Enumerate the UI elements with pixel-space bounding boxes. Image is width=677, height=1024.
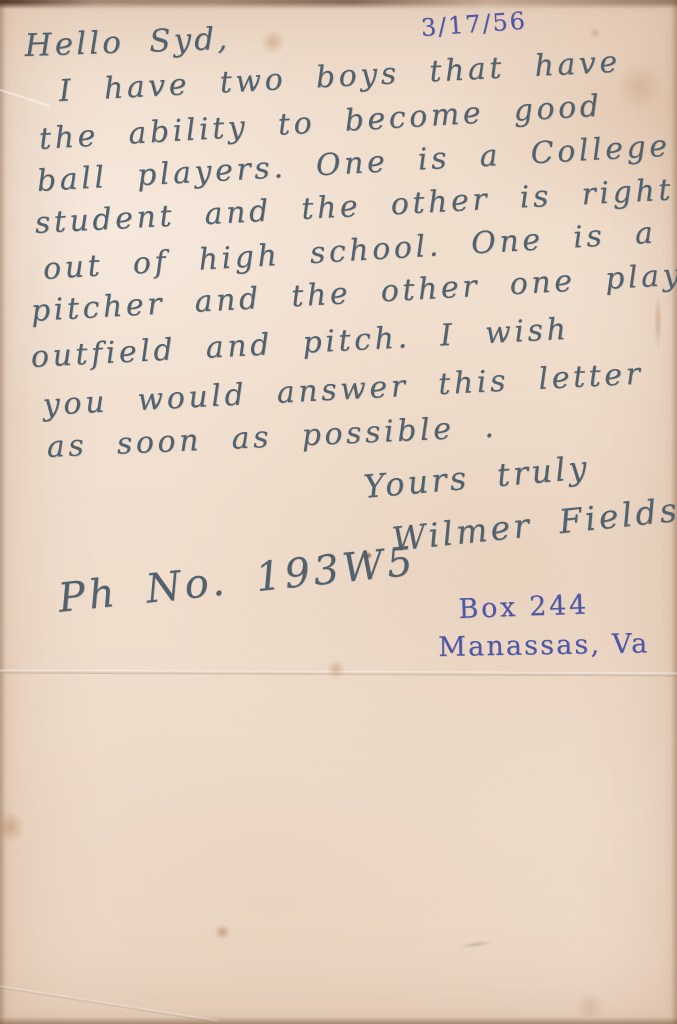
letter-date: 3/17/56 bbox=[420, 7, 528, 42]
address-line-city: Manassas, Va bbox=[438, 628, 650, 663]
letter-signature: Wilmer Fields bbox=[390, 490, 677, 559]
letter-salutation: Hello Syd, bbox=[24, 21, 231, 64]
fold-crease-small bbox=[0, 87, 51, 107]
stain bbox=[258, 30, 288, 54]
scan-left-edge bbox=[0, 0, 6, 1024]
stain bbox=[325, 660, 347, 678]
letter-closing: Yours truly bbox=[362, 448, 591, 506]
scan-top-edge bbox=[0, 0, 677, 9]
stain bbox=[213, 924, 232, 940]
letter-scan: 3/17/56 Hello Syd, I have two boys that … bbox=[0, 0, 677, 1024]
scan-bottom-edge bbox=[0, 1017, 677, 1024]
stain bbox=[570, 996, 610, 1018]
phone-number: Ph No. 193W5 bbox=[56, 538, 418, 621]
stain bbox=[588, 28, 602, 38]
pencil-smudge bbox=[452, 937, 501, 953]
fold-crease bbox=[0, 669, 677, 676]
address-line-box: Box 244 bbox=[458, 589, 589, 625]
